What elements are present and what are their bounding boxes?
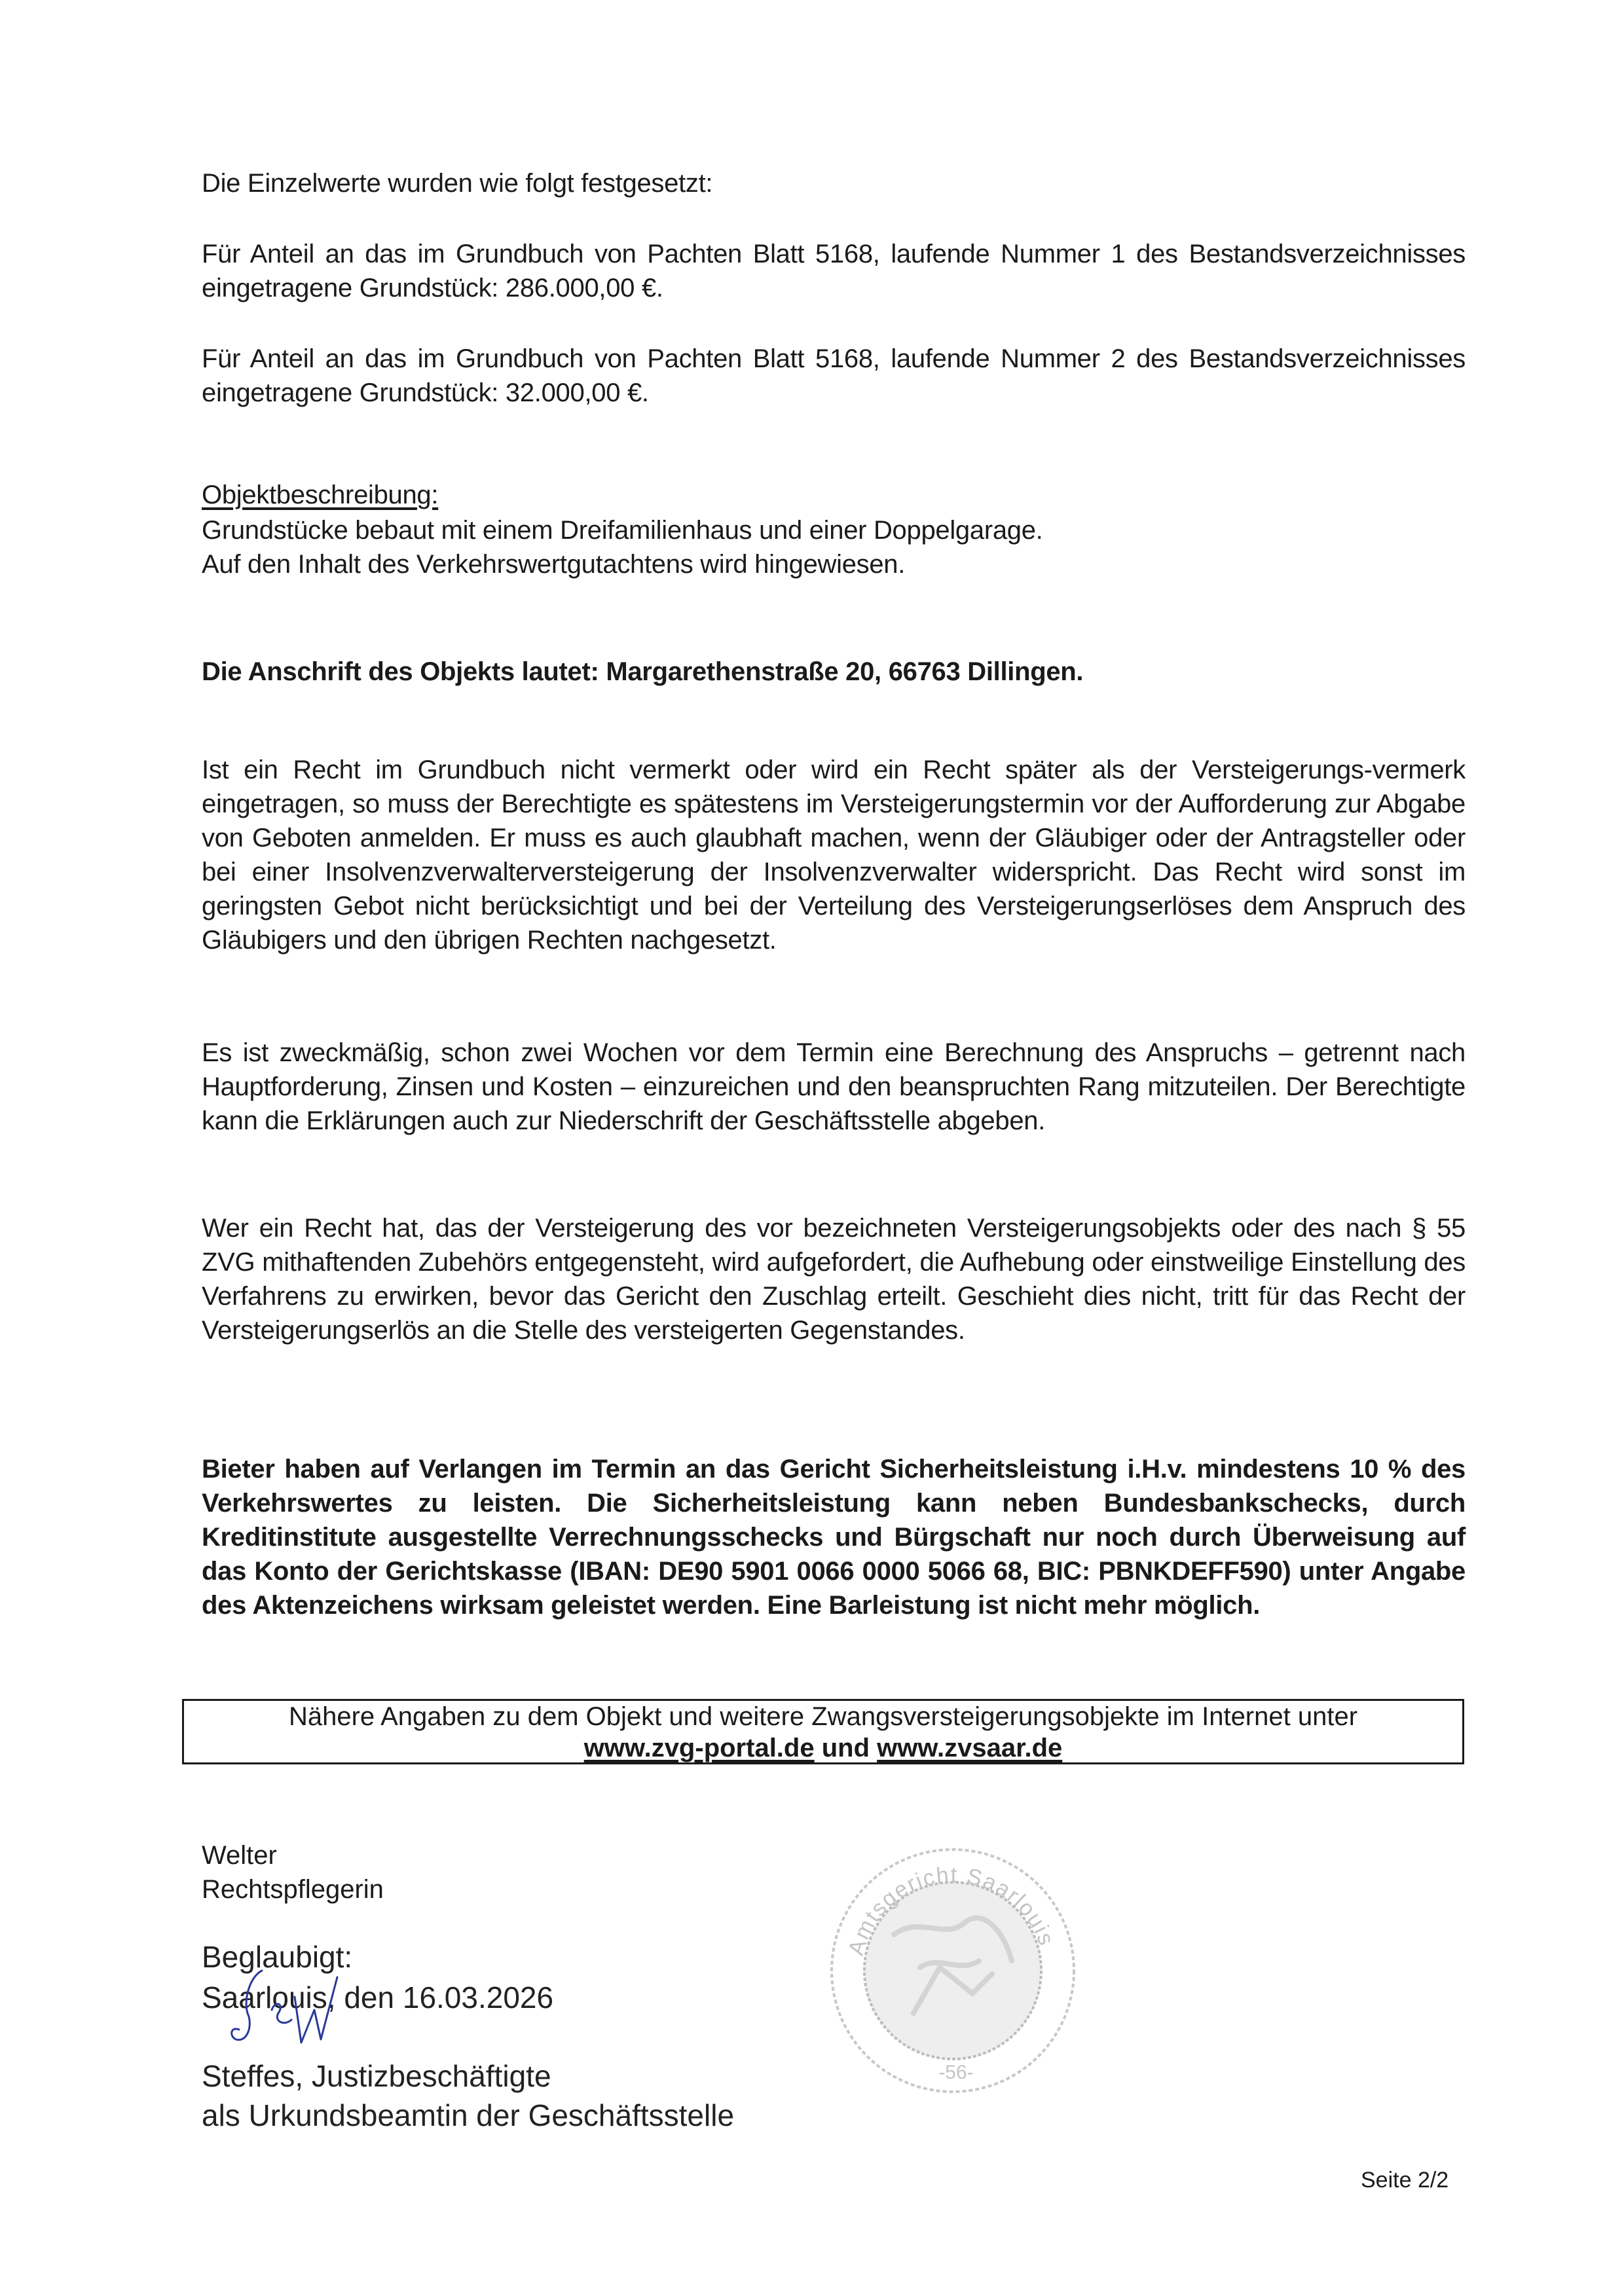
handwritten-signature-icon: [223, 1964, 380, 2049]
description-heading-text: Objektbeschreibung:: [202, 481, 438, 509]
certification-clerk-role: als Urkundsbeamtin der Geschäftsstelle: [202, 2096, 734, 2134]
description-line-1: Grundstücke bebaut mit einem Dreifamilie…: [202, 513, 1466, 547]
signatory-name: Welter: [202, 1838, 277, 1872]
signatory-role: Rechtspflegerin: [202, 1872, 384, 1906]
info-box-connector: und: [822, 1734, 870, 1762]
value-entry-1: Für Anteil an das im Grundbuch von Pacht…: [202, 237, 1466, 305]
zvsaar-link[interactable]: www.zvsaar.de: [877, 1734, 1062, 1762]
page-number: Seite 2/2: [1361, 2167, 1449, 2193]
info-box-text: Nähere Angaben zu dem Objekt und weitere…: [184, 1701, 1462, 1732]
object-address: Die Anschrift des Objekts lautet: Margar…: [202, 655, 1466, 689]
description-line-2: Auf den Inhalt des Verkehrswertgutachten…: [202, 547, 1466, 581]
info-box: Nähere Angaben zu dem Objekt und weitere…: [182, 1699, 1464, 1764]
court-seal-icon: Amtsgericht Saarlouis -56-: [815, 1843, 1090, 2098]
intro-text: Die Einzelwerte wurden wie folgt festges…: [202, 166, 1466, 200]
paragraph-calculation: Es ist zweckmäßig, schon zwei Wochen vor…: [202, 1036, 1466, 1138]
paragraph-rights: Ist ein Recht im Grundbuch nicht vermerk…: [202, 753, 1466, 957]
paragraph-bidders-security: Bieter haben auf Verlangen im Termin an …: [202, 1452, 1466, 1622]
seal-number: -56-: [938, 2062, 973, 2083]
paragraph-objection: Wer ein Recht hat, das der Versteigerung…: [202, 1211, 1466, 1347]
description-heading: Objektbeschreibung:: [202, 478, 1466, 512]
document-page: Die Einzelwerte wurden wie folgt festges…: [0, 0, 1624, 2296]
value-entry-2: Für Anteil an das im Grundbuch von Pacht…: [202, 342, 1466, 410]
zvg-portal-link[interactable]: www.zvg-portal.de: [584, 1734, 815, 1762]
info-box-links: www.zvg-portal.de und www.zvsaar.de: [184, 1732, 1462, 1764]
certification-clerk: Steffes, Justizbeschäftigte: [202, 2057, 551, 2095]
